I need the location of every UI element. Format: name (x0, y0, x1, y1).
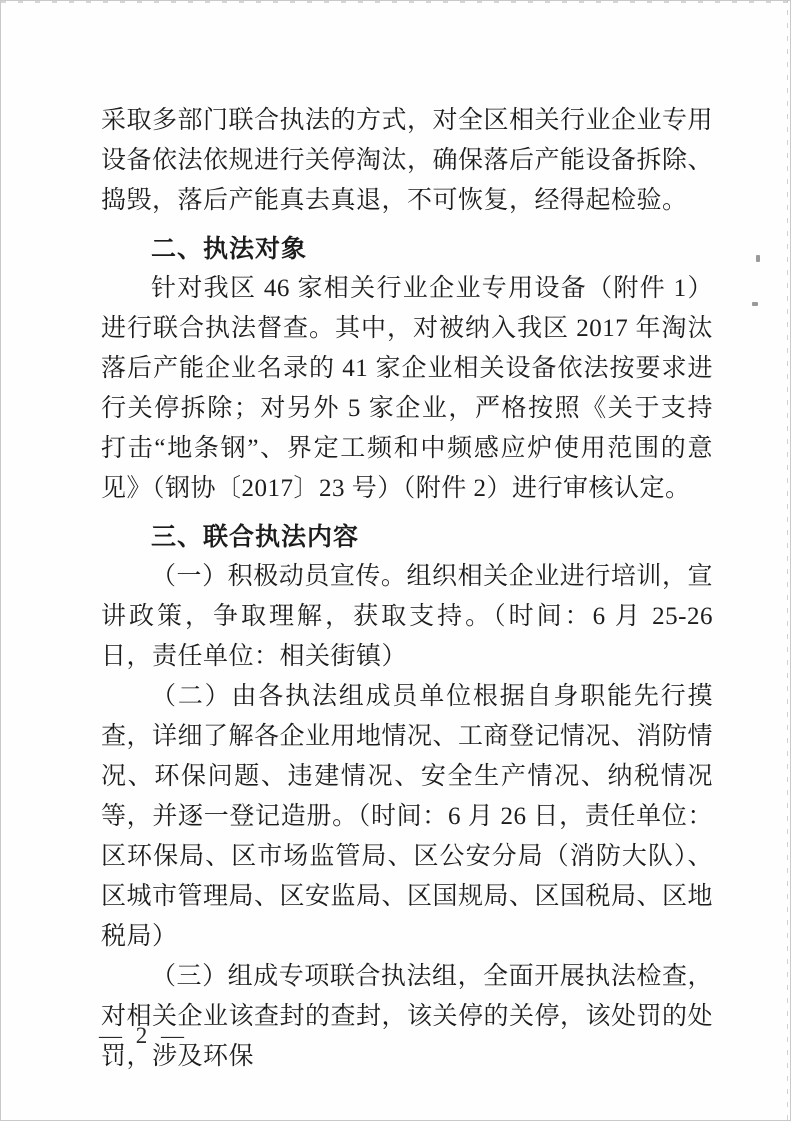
section-heading-3: 三、联合执法内容 (101, 517, 713, 557)
scan-artifact-right-edge (787, 1, 788, 1120)
paragraph-item-1: （一）积极动员宣传。组织相关企业进行培训，宣讲政策，争取理解，获取支持。（时间：… (101, 557, 713, 677)
scan-speck (756, 255, 760, 262)
document-page: 采取多部门联合执法的方式，对全区相关行业企业专用设备依法依规进行关停淘汰，确保落… (0, 0, 791, 1121)
scan-speck (752, 302, 758, 306)
scan-artifact-top-edge (1, 1, 790, 3)
paragraph-item-3: （三）组成专项联合执法组，全面开展执法检查，对相关企业该查封的查封，该关停的关停… (101, 957, 713, 1077)
paragraph-enforcement-targets: 针对我区 46 家相关行业企业专用设备（附件 1）进行联合执法督查。其中，对被纳… (101, 269, 713, 509)
page-number: — 2 — (99, 1023, 188, 1049)
paragraph-continuation: 采取多部门联合执法的方式，对全区相关行业企业专用设备依法依规进行关停淘汰，确保落… (101, 101, 713, 221)
document-body: 采取多部门联合执法的方式，对全区相关行业企业专用设备依法依规进行关停淘汰，确保落… (101, 101, 713, 1077)
section-heading-2: 二、执法对象 (101, 229, 713, 269)
paragraph-item-2: （二）由各执法组成员单位根据自身职能先行摸查，详细了解各企业用地情况、工商登记情… (101, 677, 713, 957)
